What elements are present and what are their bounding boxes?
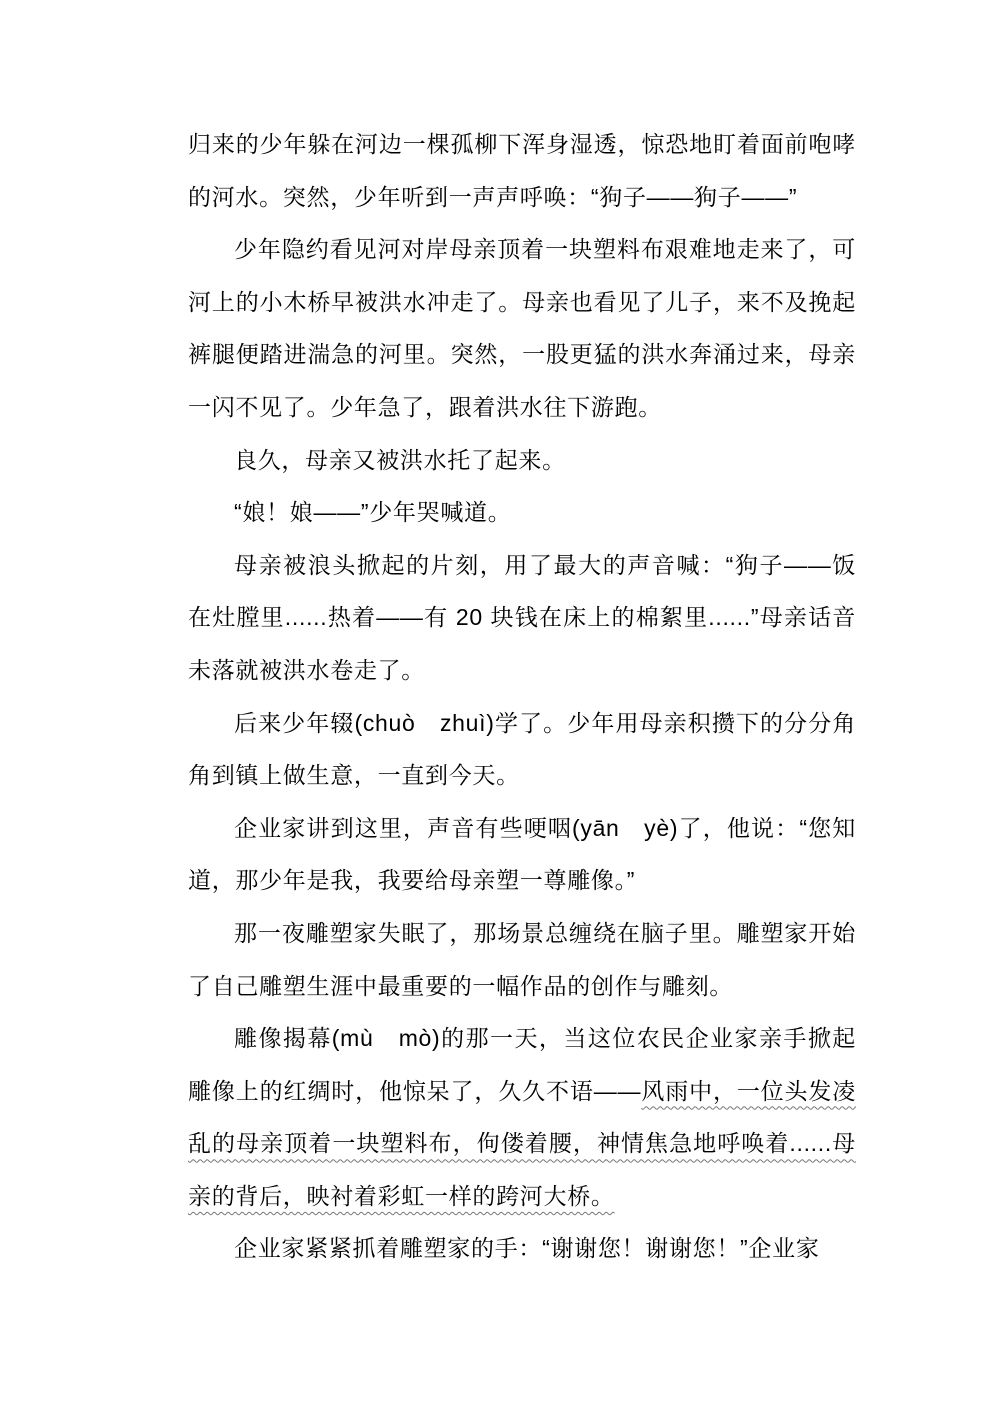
paragraph: 母亲被浪头掀起的片刻，用了最大的声音喊：“狗子——饭在灶膛里......热着——… <box>188 539 856 697</box>
story-text: 归来的少年躲在河边一棵孤柳下浑身湿透，惊恐地盯着面前咆哮的河水。突然，少年听到一… <box>188 118 856 1275</box>
text-segment: 少年隐约看见河对岸母亲顶着一块塑料布艰难地走来了，可河上的小木桥早被洪水冲走了。… <box>188 236 856 420</box>
paragraph: 企业家紧紧抓着雕塑家的手：“谢谢您！谢谢您！”企业家 <box>188 1222 856 1275</box>
text-segment: 企业家紧紧抓着雕塑家的手：“谢谢您！谢谢您！”企业家 <box>234 1235 820 1261</box>
text-segment: 那一夜雕塑家失眠了，那场景总缠绕在脑子里。雕塑家开始了自己雕塑生涯中最重要的一幅… <box>188 920 856 999</box>
paragraph: 那一夜雕塑家失眠了，那场景总缠绕在脑子里。雕塑家开始了自己雕塑生涯中最重要的一幅… <box>188 907 856 1012</box>
text-segment: “娘！娘——”少年哭喊道。 <box>234 499 511 525</box>
paragraph: 后来少年辍(chuò zhuì)学了。少年用母亲积攒下的分分角角到镇上做生意，一… <box>188 697 856 802</box>
paragraph: 企业家讲到这里，声音有些哽咽(yān yè)了，他说：“您知道，那少年是我，我要… <box>188 802 856 907</box>
paragraph: 少年隐约看见河对岸母亲顶着一块塑料布艰难地走来了，可河上的小木桥早被洪水冲走了。… <box>188 223 856 433</box>
text-segment: 归来的少年躲在河边一棵孤柳下浑身湿透，惊恐地盯着面前咆哮的河水。突然，少年听到一… <box>188 131 856 210</box>
text-segment: 母亲被浪头掀起的片刻，用了最大的声音喊：“狗子——饭在灶膛里......热着——… <box>188 552 856 683</box>
paragraph: “娘！娘——”少年哭喊道。 <box>188 486 856 539</box>
paragraph: 雕像揭幕(mù mò)的那一天，当这位农民企业家亲手掀起雕像上的红绸时，他惊呆了… <box>188 1012 856 1222</box>
text-segment: 后来少年辍(chuò zhuì)学了。少年用母亲积攒下的分分角角到镇上做生意，一… <box>188 710 856 789</box>
paragraph: 归来的少年躲在河边一棵孤柳下浑身湿透，惊恐地盯着面前咆哮的河水。突然，少年听到一… <box>188 118 856 223</box>
text-segment: 企业家讲到这里，声音有些哽咽(yān yè)了，他说：“您知道，那少年是我，我要… <box>188 815 856 894</box>
text-segment: 良久，母亲又被洪水托了起来。 <box>234 447 566 473</box>
document-page: 归来的少年躲在河边一棵孤柳下浑身湿透，惊恐地盯着面前咆哮的河水。突然，少年听到一… <box>0 0 1000 1415</box>
paragraph: 良久，母亲又被洪水托了起来。 <box>188 434 856 487</box>
